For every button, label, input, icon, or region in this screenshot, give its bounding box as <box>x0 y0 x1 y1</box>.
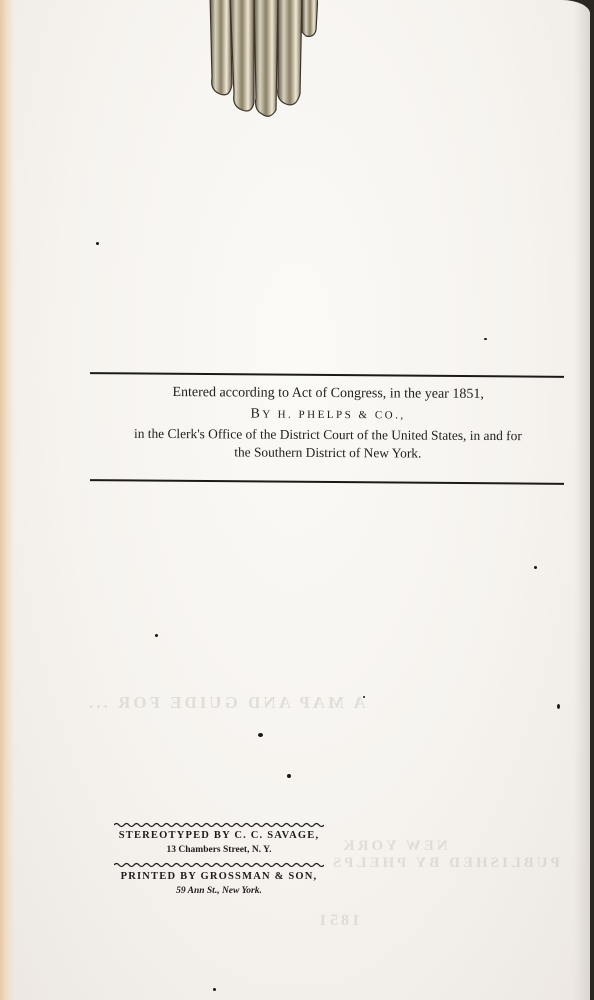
bottom-rule <box>90 479 564 485</box>
copyright-line-publisher: BY H. PHELPS & CO., <box>90 403 566 428</box>
book-page: A MAP AND GUIDE FOR ... NEW YORK PUBLISH… <box>0 0 590 1000</box>
printer-address: 59 Ann St., New York. <box>112 884 326 898</box>
stereotyper-name: STEREOTYPED BY C. C. SAVAGE, <box>112 829 326 843</box>
publisher-initial: B <box>250 407 262 422</box>
copyright-line-district: the Southern District of New York. <box>90 443 566 463</box>
show-through-text: PUBLISHED BY PHELPS <box>330 855 560 872</box>
top-rule <box>90 372 564 378</box>
ink-speck <box>287 774 291 778</box>
wavy-rule-top <box>114 822 324 828</box>
show-through-text: 1851 <box>316 912 360 930</box>
show-through-text: NEW YORK <box>340 838 448 855</box>
ink-speck <box>534 566 537 569</box>
stereotyper-imprint: STEREOTYPED BY C. C. SAVAGE, 13 Chambers… <box>112 829 326 857</box>
ink-speck <box>557 704 560 709</box>
ink-speck <box>213 988 216 991</box>
printer-name: PRINTED BY GROSSMAN & SON, <box>112 870 326 884</box>
show-through-text: A MAP AND GUIDE FOR ... <box>86 693 366 713</box>
ink-speck <box>155 634 158 637</box>
stereotyper-address: 13 Chambers Street, N. Y. <box>112 843 326 857</box>
ink-speck <box>363 696 365 698</box>
publisher-name: Y H. PHELPS & CO., <box>262 409 405 422</box>
copyright-line-office: in the Clerk's Office of the District Co… <box>90 425 566 446</box>
copyright-notice: Entered according to Act of Congress, in… <box>90 383 566 463</box>
ink-speck <box>258 733 263 737</box>
page-clip-icon <box>206 0 318 118</box>
printer-imprint: PRINTED BY GROSSMAN & SON, 59 Ann St., N… <box>112 870 326 898</box>
wavy-rule-middle <box>114 862 324 868</box>
ink-speck <box>96 242 99 245</box>
ink-speck <box>484 338 487 340</box>
